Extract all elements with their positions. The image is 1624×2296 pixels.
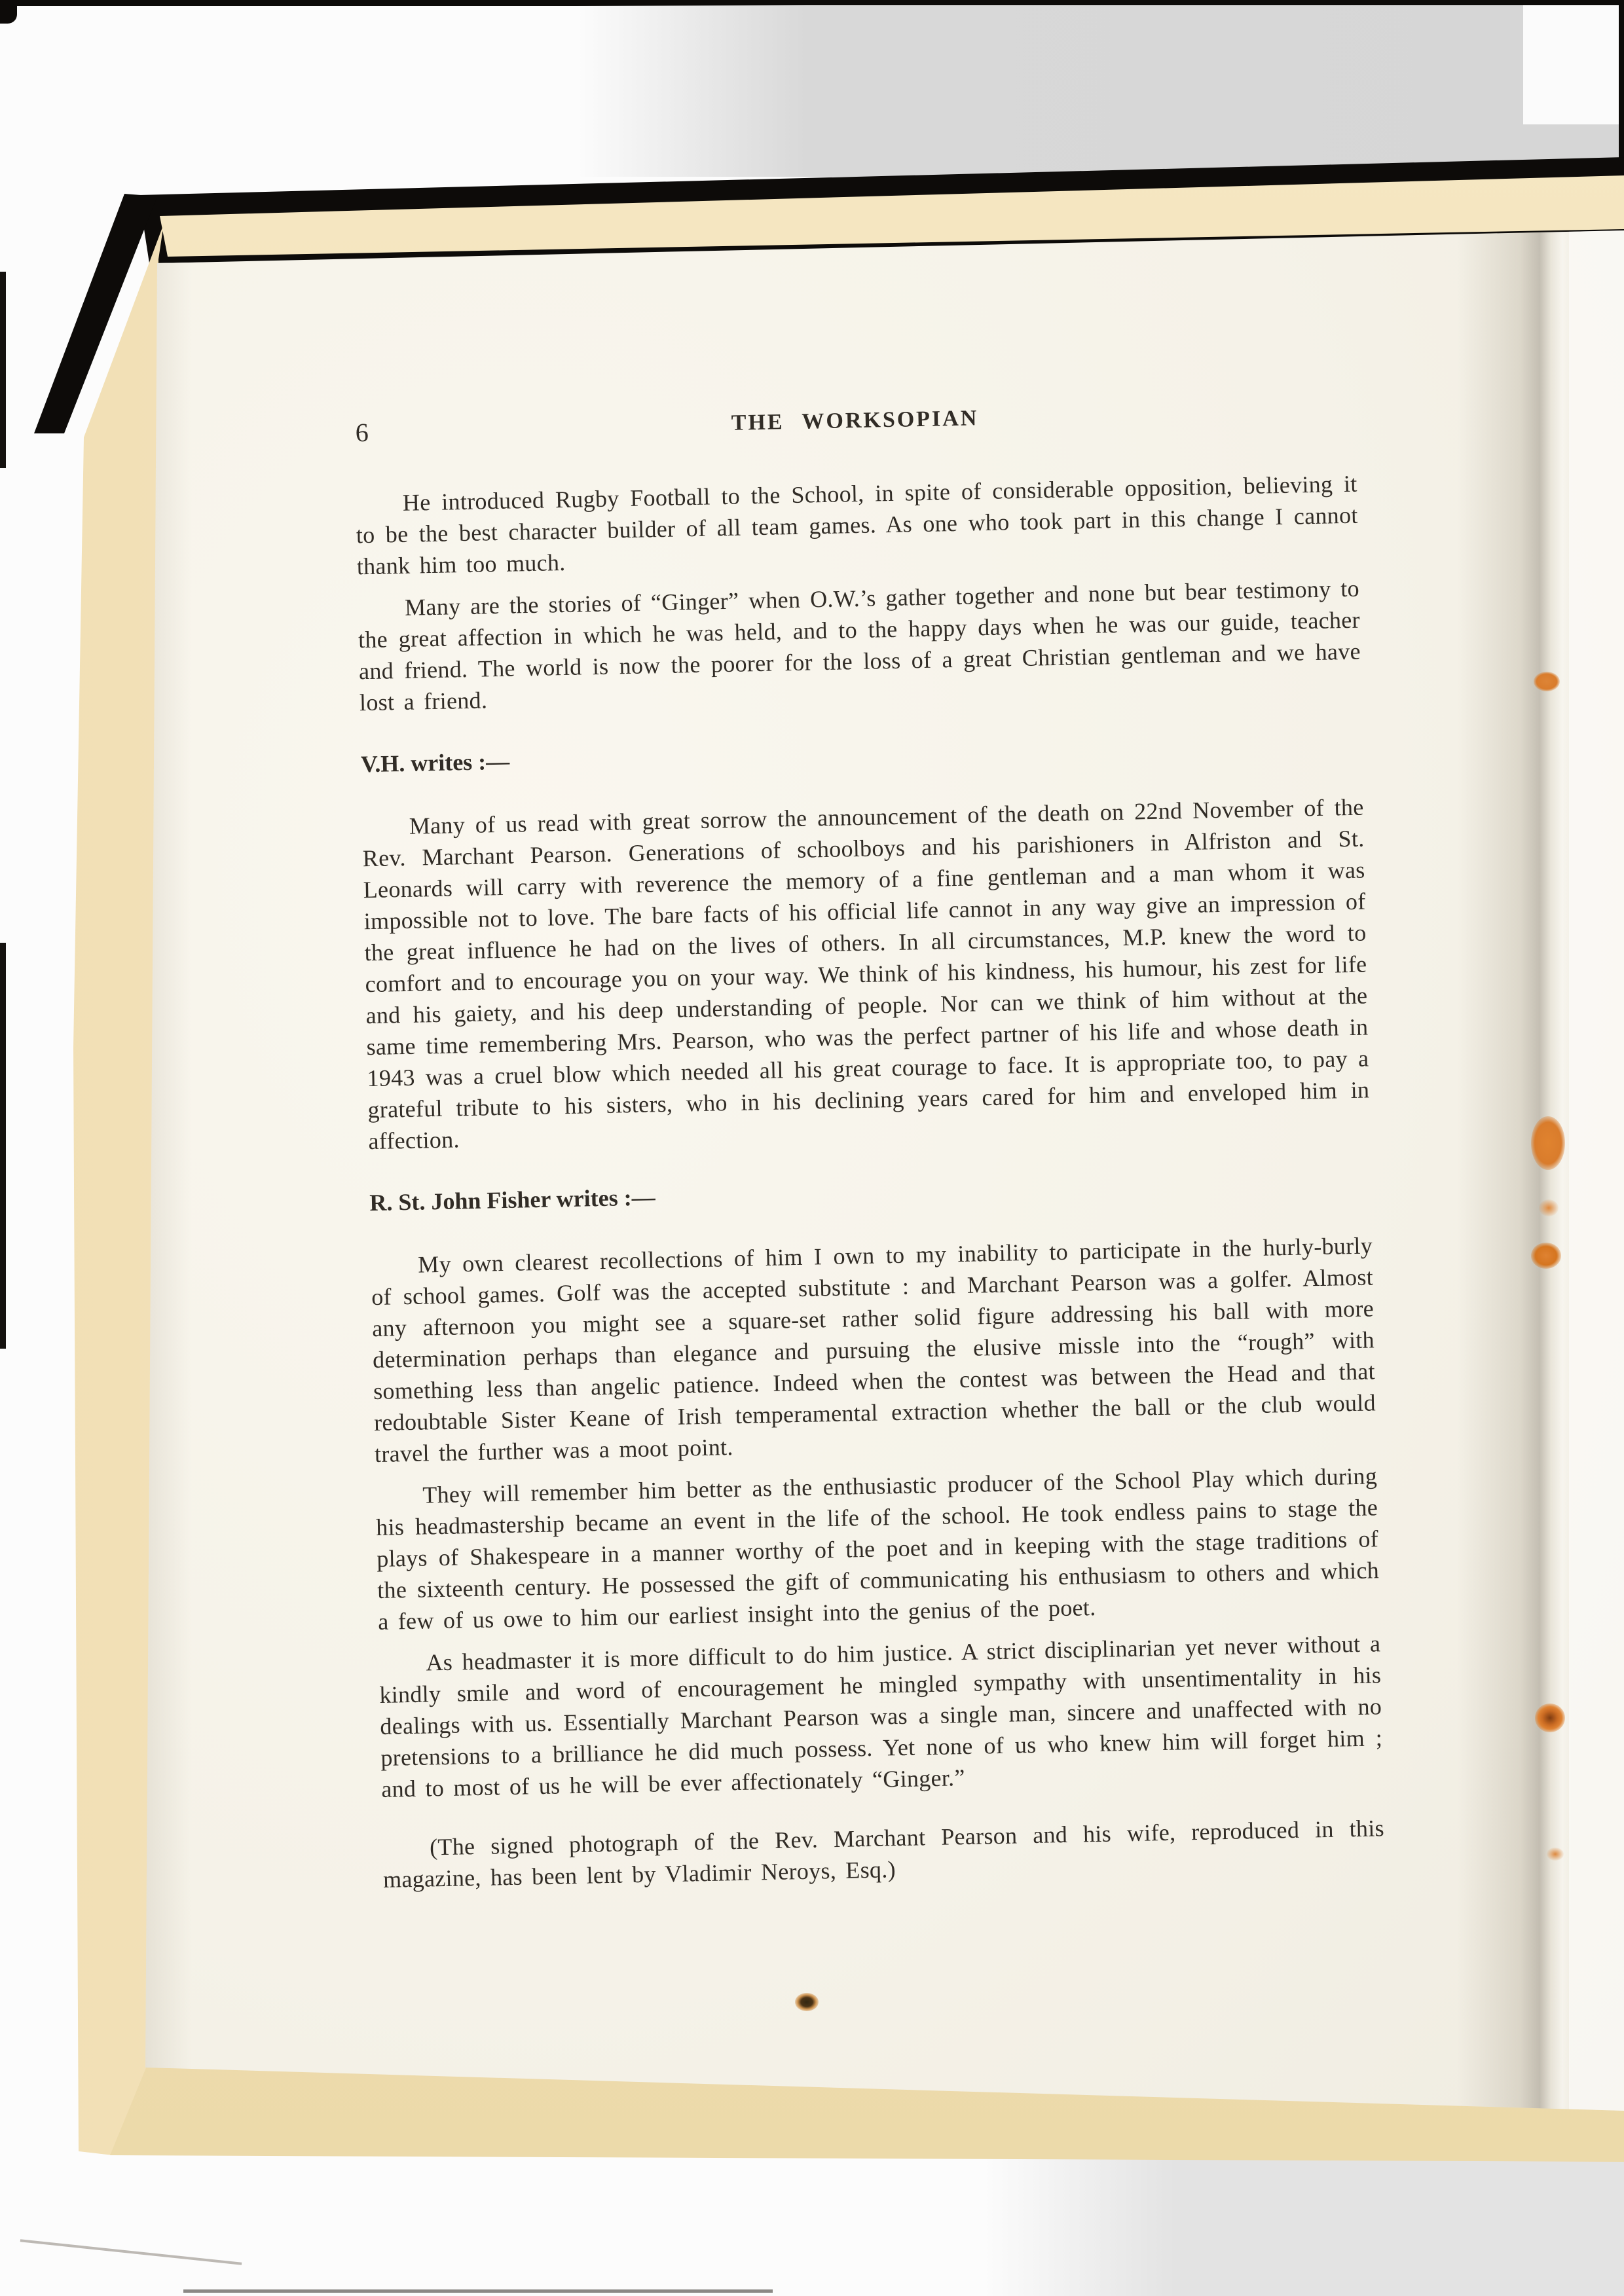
- section-heading-fisher: R. St. John Fisher writes :—: [369, 1167, 1372, 1218]
- foxing-stain: [1534, 672, 1560, 691]
- foxing-stain: [1539, 1199, 1559, 1216]
- body-paragraph: My own clearest recollections of him I o…: [371, 1230, 1376, 1470]
- body-paragraph: Many are the stories of “Ginger” when O.…: [358, 573, 1362, 719]
- foxing-stain: [1531, 1116, 1565, 1170]
- body-paragraph: He introduced Rugby Football to the Scho…: [355, 468, 1359, 583]
- foxing-stain: [1535, 1704, 1565, 1732]
- scan-left-edge-shadow: [0, 943, 6, 1349]
- scanner-background-gray: [982, 2159, 1624, 2296]
- photo-credit-note: (The signed photograph of the Rev. March…: [382, 1812, 1386, 1895]
- section-heading-vh: V.H. writes :—: [360, 729, 1363, 780]
- page-fold-crease: [1457, 223, 1572, 2115]
- paper-fleck-stain: [795, 1993, 819, 2011]
- foxing-stain: [1547, 1848, 1564, 1861]
- scanner-background-tab: [1523, 5, 1621, 124]
- scan-corner-shadow: [0, 0, 17, 24]
- foxing-stain: [1531, 1243, 1561, 1269]
- running-title: THE WORKSOPIAN: [731, 406, 978, 436]
- body-paragraph: They will remember him better as the ent…: [375, 1460, 1380, 1637]
- body-paragraph: Many of us read with great sorrow the an…: [361, 792, 1370, 1157]
- scan-left-edge-shadow: [0, 272, 6, 468]
- scanner-background-gray: [576, 5, 1624, 177]
- page-number: 6: [355, 417, 369, 448]
- page-beyond-fold: [1569, 223, 1624, 2115]
- printed-text-column: 6 THE WORKSOPIAN He introduced Rugby Foo…: [354, 393, 1385, 1906]
- scan-bottom-shadow: [20, 2239, 242, 2265]
- scan-bottom-edge: [183, 2289, 773, 2293]
- body-paragraph: As headmaster it is more difficult to do…: [378, 1628, 1384, 1805]
- scanned-magazine-page: 6 THE WORKSOPIAN He introduced Rugby Foo…: [0, 0, 1624, 2296]
